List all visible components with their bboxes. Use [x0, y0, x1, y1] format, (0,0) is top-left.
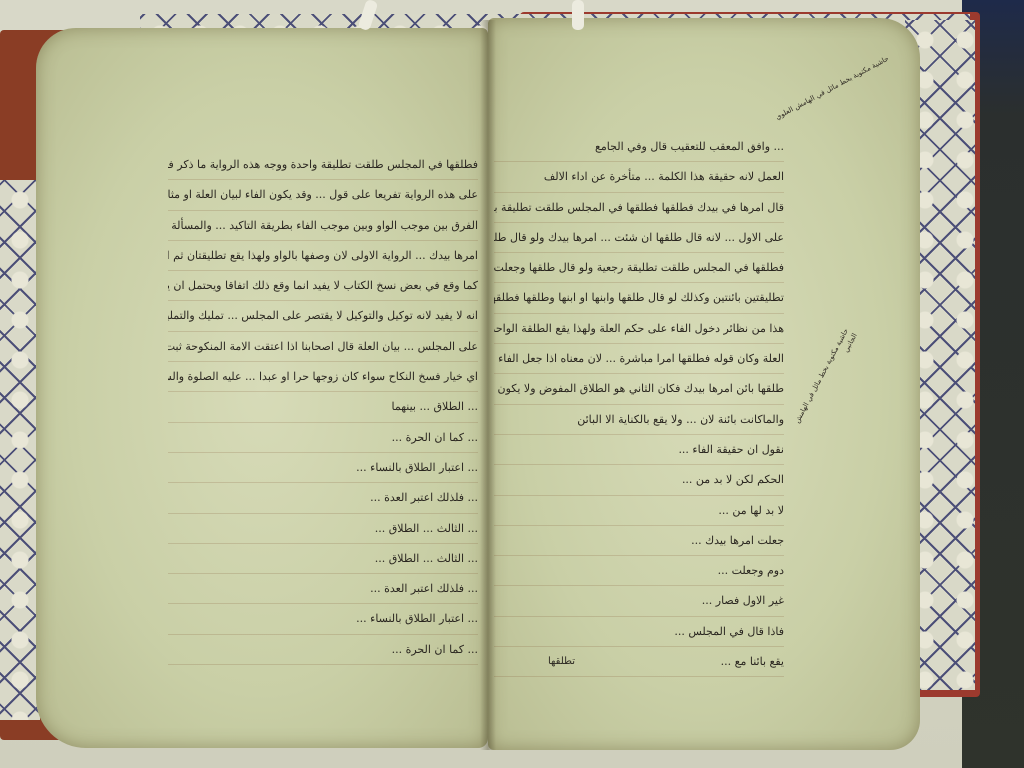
- text-line: هذا من نظائر دخول الفاء على حكم العلة ول…: [494, 314, 784, 344]
- text-line: ... الطلاق ... بينهما: [168, 392, 478, 422]
- text-line: نقول ان حقيقة الفاء ...: [494, 435, 784, 465]
- text-line: دوم وجعلت ...: [494, 556, 784, 586]
- text-line: يقع بائنا مع ...: [494, 647, 784, 677]
- text-line: فطلقها في المجلس طلقت تطليقة رجعية ولو ق…: [494, 253, 784, 283]
- text-line: العلة وكان قوله فطلقها امرا مباشرة ... ل…: [494, 344, 784, 374]
- decorative-endpaper-left: [0, 180, 40, 720]
- text-line: على المجلس ... بيان العلة قال اصحابنا اذ…: [168, 332, 478, 362]
- catchword: تطلقها: [548, 656, 575, 667]
- text-line: جعلت امرها بيدك ...: [494, 526, 784, 556]
- text-line: على هذه الرواية تفريعا على قول ... وقد ي…: [168, 180, 478, 210]
- text-line: ... فلذلك اعتبر العدة ...: [168, 483, 478, 513]
- text-line: طلقها بائن امرها بيدك فكان الثاني هو الط…: [494, 374, 784, 404]
- text-line: ... كما ان الحرة ...: [168, 423, 478, 453]
- text-line: امرها بيدك ... الرواية الاولى لان وصفها …: [168, 241, 478, 271]
- text-line: فطلقها في المجلس طلقت تطليقة واحدة ووجه …: [168, 150, 478, 180]
- text-line: فاذا قال في المجلس ...: [494, 617, 784, 647]
- text-line: لا بد لها من ...: [494, 496, 784, 526]
- bookmark-strip: [572, 0, 584, 30]
- text-line: انه لا يفيد لانه توكيل والتوكيل لا يقتصر…: [168, 301, 478, 331]
- text-line: تطليقتين بائنتين وكذلك لو قال طلقها وابن…: [494, 283, 784, 313]
- right-page-text: ... وافق المعقب للتعقيب قال وفي الجامع ا…: [494, 132, 784, 677]
- left-page-text: فطلقها في المجلس طلقت تطليقة واحدة ووجه …: [168, 150, 478, 665]
- text-line: ... اعتبار الطلاق بالنساء ...: [168, 453, 478, 483]
- text-line: كما وقع في بعض نسخ الكتاب لا يفيد انما و…: [168, 271, 478, 301]
- text-line: على الاول ... لانه قال طلقها ان شئت ... …: [494, 223, 784, 253]
- text-line: قال امرها في بيدك فطلقها فطلقها في المجل…: [494, 193, 784, 223]
- text-line: غير الاول فصار ...: [494, 586, 784, 616]
- text-line: الفرق بين موجب الواو وبين موجب الفاء بطر…: [168, 211, 478, 241]
- text-line: اي خيار فسخ النكاح سواء كان زوجها حرا او…: [168, 362, 478, 392]
- text-line: ... الثالث ... الطلاق ...: [168, 544, 478, 574]
- text-line: العمل لانه حقيقة هذا الكلمة ... متأخرة ع…: [494, 162, 784, 192]
- text-line: ... الثالث ... الطلاق ...: [168, 514, 478, 544]
- text-line: ... فلذلك اعتبر العدة ...: [168, 574, 478, 604]
- text-line: ... كما ان الحرة ...: [168, 635, 478, 665]
- text-line: ... اعتبار الطلاق بالنساء ...: [168, 604, 478, 634]
- text-line: والماكانت بائنة لان ... ولا يقع بالكناية…: [494, 405, 784, 435]
- text-line: الحكم لكن لا بد من ...: [494, 465, 784, 495]
